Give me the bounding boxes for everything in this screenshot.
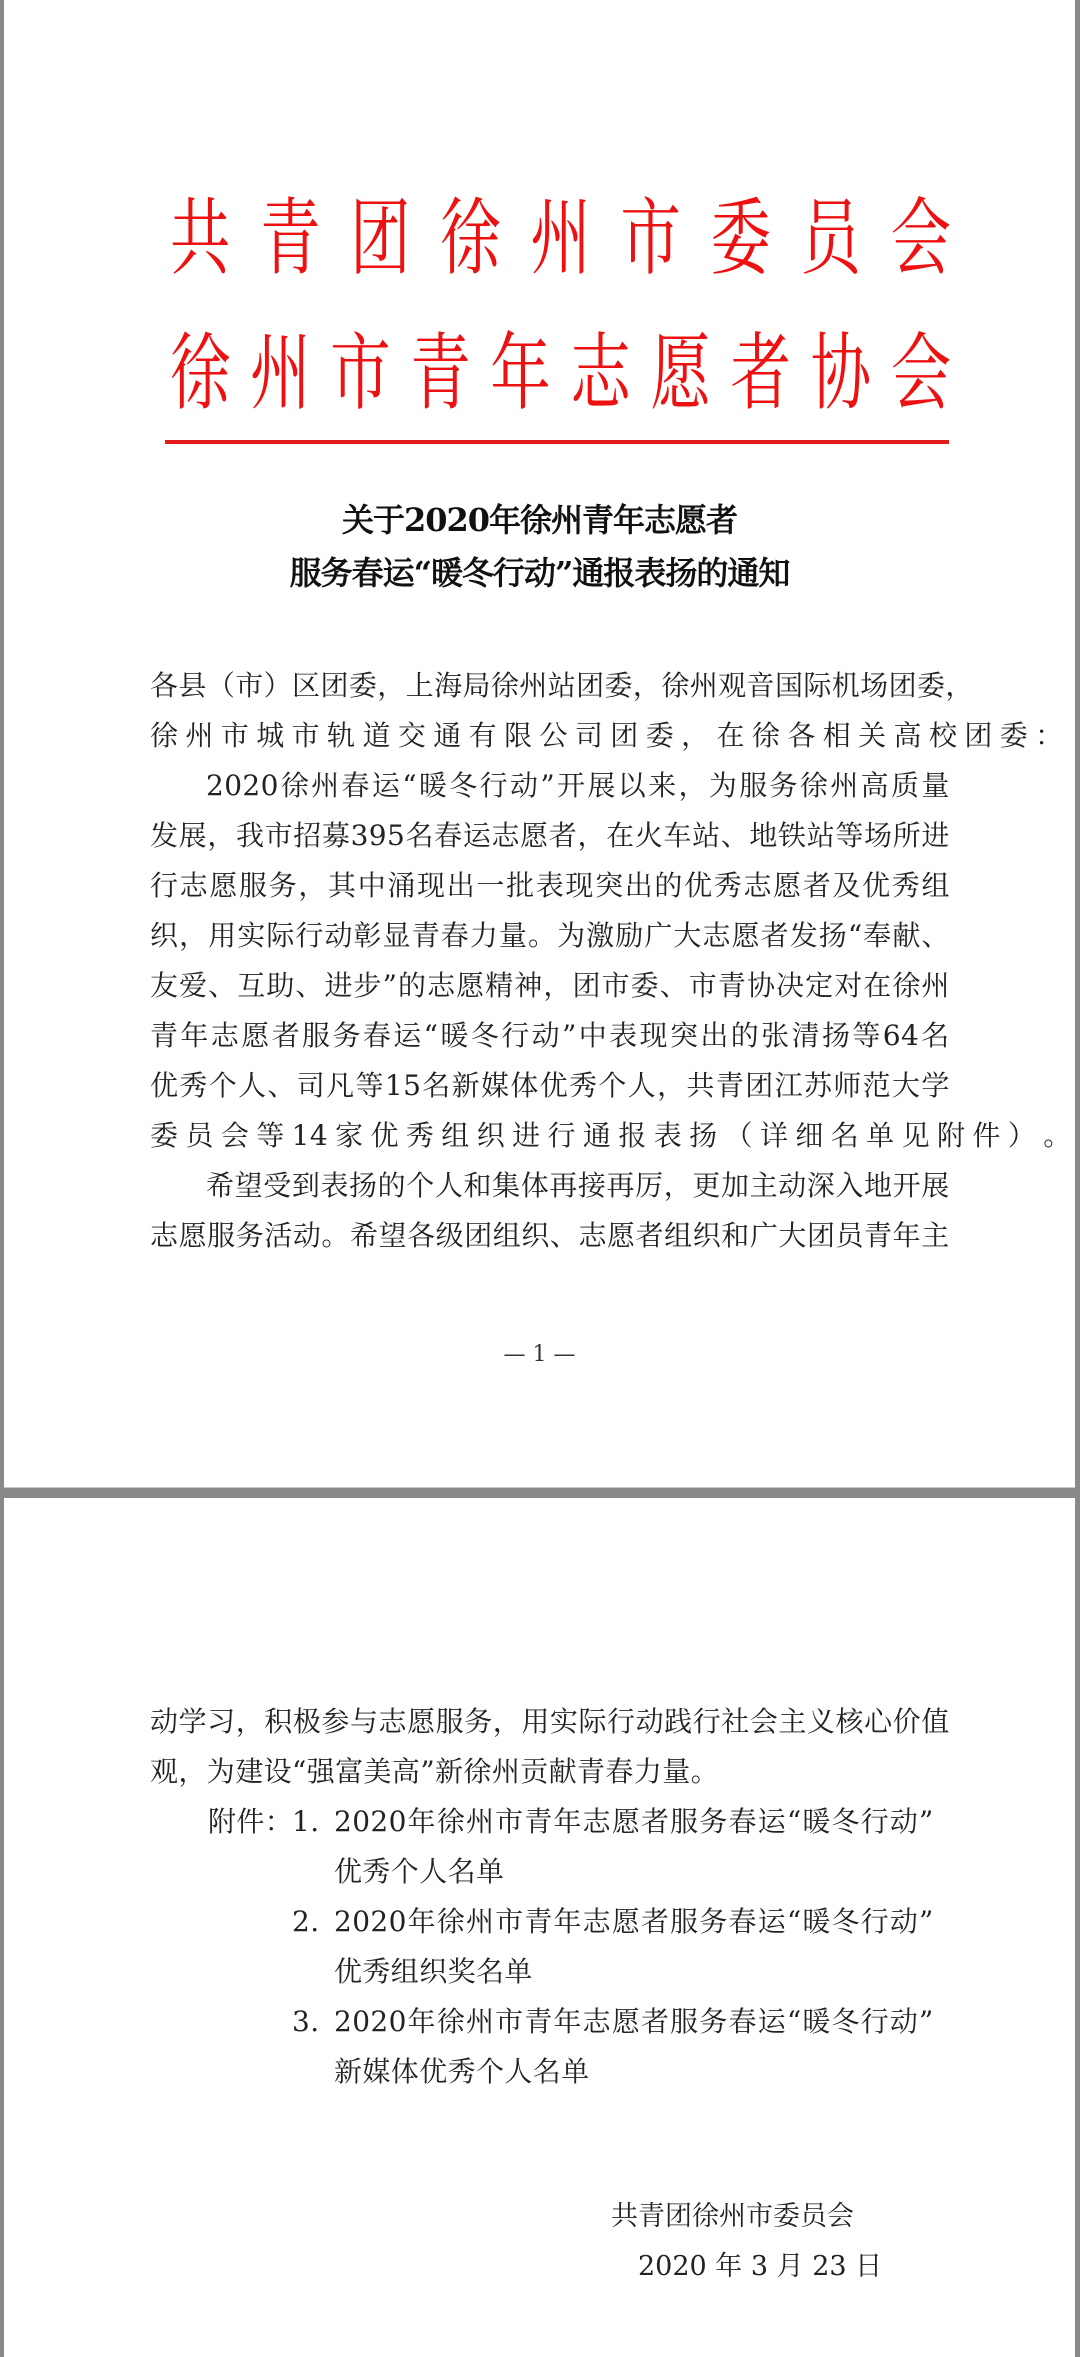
body-line: 优秀个人、司凡等15名新媒体优秀个人，共青团江苏师范大学 (150, 1066, 950, 1106)
attachment-number: 2. (292, 1902, 332, 1942)
body-line: 动学习，积极参与志愿服务，用实际行动践行社会主义核心价值 (150, 1702, 950, 1742)
attachment-link-3-cont[interactable]: 新媒体优秀个人名单 (334, 2052, 934, 2092)
body-line: 友爱、互助、进步”的志愿精神，团市委、市青协决定对在徐州 (150, 966, 950, 1006)
notice-title-line-1: 关于2020年徐州青年志愿者 (4, 500, 1075, 540)
letterhead-line-1: 共青团徐州市委员会 (170, 190, 951, 286)
letterhead-red-rule (165, 440, 949, 444)
body-line: 委员会等14家优秀组织进行通报表扬（详细名单见附件）。 (150, 1116, 950, 1156)
signature-date: 2020 年 3 月 23 日 (638, 2247, 882, 2287)
signature-organization: 共青团徐州市委员会 (611, 2197, 854, 2237)
document-page-2: 动学习，积极参与志愿服务，用实际行动践行社会主义核心价值 观，为建设“强富美高”… (4, 1498, 1075, 2357)
body-line: 青年志愿者服务春运“暖冬行动”中表现突出的张清扬等64名 (150, 1016, 950, 1056)
attachment-link-2[interactable]: 2020年徐州市青年志愿者服务春运“暖冬行动” (334, 1902, 934, 1942)
body-line: 观，为建设“强富美高”新徐州贡献青春力量。 (150, 1752, 950, 1792)
body-line: 发展，我市招募395名春运志愿者，在火车站、地铁站等场所进 (150, 816, 950, 856)
page-number: — 1 — (4, 1342, 1075, 1367)
attachment-number: 1. (292, 1802, 332, 1842)
body-line: 织，用实际行动彰显青春力量。为激励广大志愿者发扬“奉献、 (150, 916, 950, 956)
body-line: 各县（市）区团委，上海局徐州站团委，徐州观音国际机场团委， (150, 666, 950, 706)
attachment-link-1-cont[interactable]: 优秀个人名单 (334, 1852, 934, 1892)
attachment-link-1[interactable]: 2020年徐州市青年志愿者服务春运“暖冬行动” (334, 1802, 934, 1842)
attachment-link-2-cont[interactable]: 优秀组织奖名单 (334, 1952, 934, 1992)
body-line: 志愿服务活动。希望各级团组织、志愿者组织和广大团员青年主 (150, 1216, 950, 1256)
body-line: 行志愿服务，其中涌现出一批表现突出的优秀志愿者及优秀组 (150, 866, 950, 906)
document-page-1: 共青团徐州市委员会 徐州市青年志愿者协会 关于2020年徐州青年志愿者 服务春运… (4, 0, 1075, 1488)
page-divider-top (4, 1487, 1075, 1488)
body-paragraph-start: 希望受到表扬的个人和集体再接再厉，更加主动深入地开展 (206, 1166, 950, 1206)
notice-title-line-2: 服务春运“暖冬行动”通报表扬的通知 (4, 553, 1075, 593)
letterhead-line-2: 徐州市青年志愿者协会 (170, 325, 951, 421)
attachment-number: 3. (292, 2002, 332, 2042)
attachment-link-3[interactable]: 2020年徐州市青年志愿者服务春运“暖冬行动” (334, 2002, 934, 2042)
attachments-label: 附件： (208, 1802, 298, 1842)
body-line: 徐州市城市轨道交通有限公司团委，在徐各相关高校团委： (150, 716, 950, 756)
body-paragraph-start: 2020徐州春运“暖冬行动”开展以来，为服务徐州高质量 (206, 766, 950, 806)
